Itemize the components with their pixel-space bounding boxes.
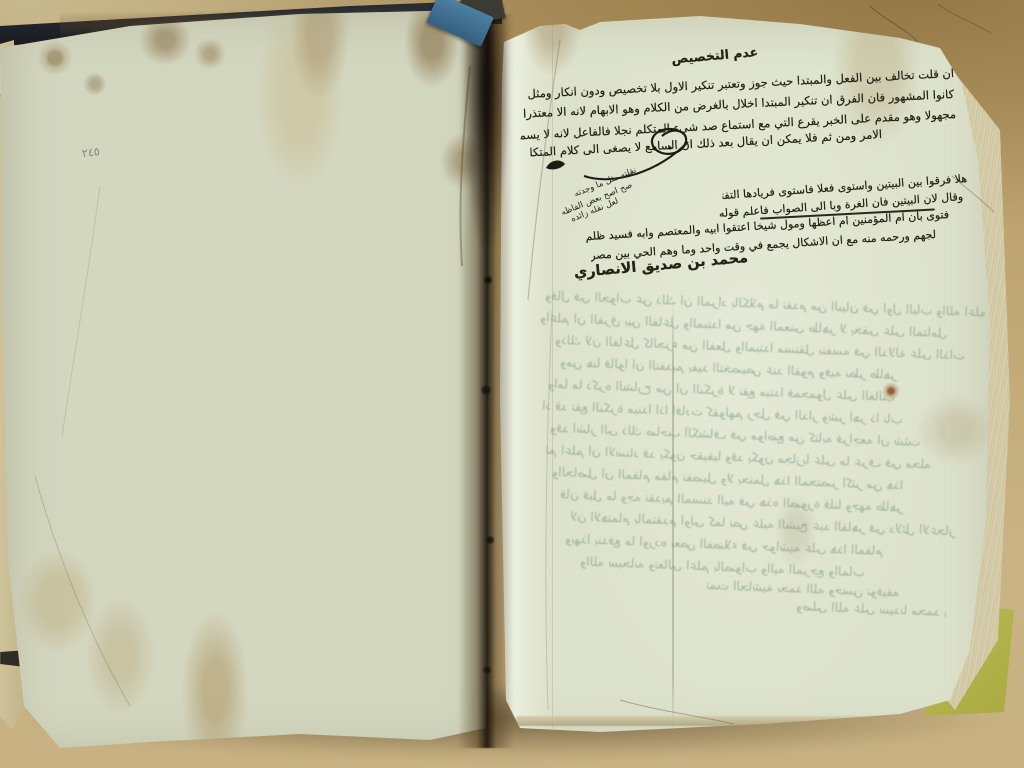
manuscript-photo: ٢٤٥ عدم التخصيص ان قلت تخالف بين الفعل و… xyxy=(0,0,1024,768)
stray-fibers xyxy=(0,0,1024,768)
